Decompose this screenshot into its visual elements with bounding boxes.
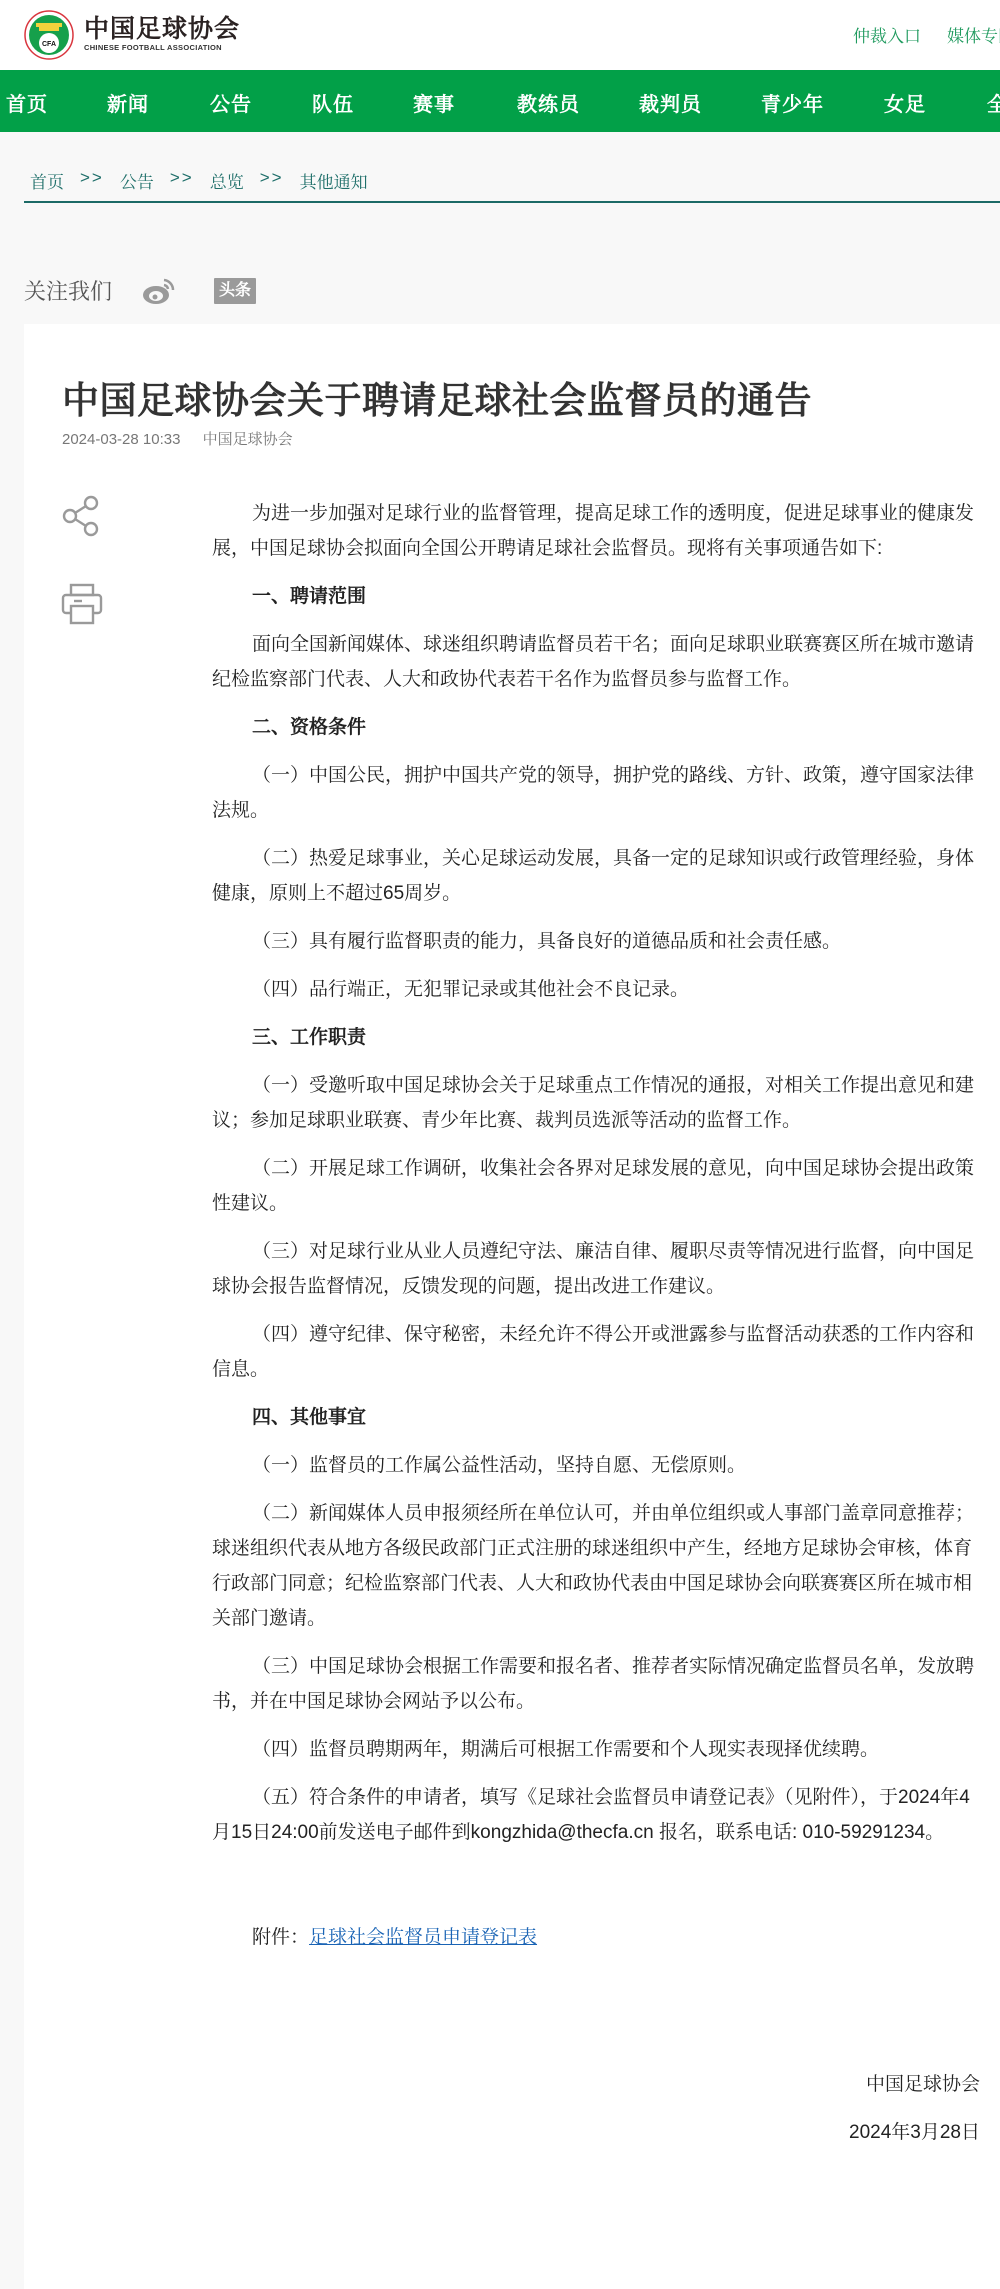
print-icon[interactable] [60, 582, 104, 626]
paragraph: （三）具有履行监督职责的能力，具备良好的道德品质和社会责任感。 [212, 924, 980, 959]
section-heading: 二、资格条件 [212, 710, 980, 745]
nav-item-competitions[interactable]: 赛事 [413, 88, 455, 117]
breadcrumb-separator: >> [170, 168, 194, 193]
attachment: 附件：足球社会监督员申请登记表 [212, 1920, 980, 1955]
paragraph: （二）热爱足球事业，关心足球运动发展，具备一定的足球知识或行政管理经验，身体健康… [212, 841, 980, 911]
svg-text:CFA: CFA [42, 41, 56, 48]
top-links: 仲裁入口 媒体专区 [853, 22, 1000, 47]
logo-chinese-name: 中国足球协会 [84, 15, 240, 43]
nav-item-more[interactable]: 全 [987, 88, 1000, 117]
paragraph: （一）监督员的工作属公益性活动，坚持自愿、无偿原则。 [212, 1448, 980, 1483]
breadcrumb-divider [24, 201, 1000, 203]
attachment-link[interactable]: 足球社会监督员申请登记表 [309, 1927, 537, 1948]
paragraph: （四）品行端正，无犯罪记录或其他社会不良记录。 [212, 972, 980, 1007]
paragraph: （四）遵守纪律、保守秘密，未经允许不得公开或泄露参与监督活动获悉的工作内容和信息… [212, 1317, 980, 1387]
nav-item-home[interactable]: 首页 [6, 88, 48, 117]
breadcrumb-overview[interactable]: 总览 [210, 168, 244, 193]
paragraph: （一）中国公民，拥护中国共产党的领导，拥护党的路线、方针、政策，遵守国家法律法规… [212, 758, 980, 828]
arbitration-link[interactable]: 仲裁入口 [853, 22, 921, 47]
attachment-label: 附件： [252, 1927, 309, 1948]
media-link[interactable]: 媒体专区 [947, 22, 1000, 47]
site-header: CFA 中国足球协会 CHINESE FOOTBALL ASSOCIATION … [0, 0, 1000, 70]
main-nav: 首页 新闻 公告 队伍 赛事 教练员 裁判员 青少年 女足 全 [0, 70, 1000, 132]
article-meta: 2024-03-28 10:33 中国足球协会 [62, 428, 293, 449]
breadcrumb-announcements[interactable]: 公告 [120, 168, 154, 193]
follow-us: 关注我们 头条 [24, 275, 256, 306]
nav-item-news[interactable]: 新闻 [107, 88, 149, 117]
paragraph: （五）符合条件的申请者，填写《足球社会监督员申请登记表》（见附件），于2024年… [212, 1780, 980, 1850]
nav-item-youth[interactable]: 青少年 [761, 88, 824, 117]
nav-item-referees[interactable]: 裁判员 [639, 88, 702, 117]
signature-date: 2024年3月28日 [212, 2115, 980, 2150]
nav-item-announcements[interactable]: 公告 [210, 88, 252, 117]
section-heading: 一、聘请范围 [212, 579, 980, 614]
section-heading: 四、其他事宜 [212, 1400, 980, 1435]
logo-english-name: CHINESE FOOTBALL ASSOCIATION [84, 43, 240, 53]
section-heading: 三、工作职责 [212, 1020, 980, 1055]
paragraph: （四）监督员聘期两年，期满后可根据工作需要和个人现实表现择优续聘。 [212, 1732, 980, 1767]
breadcrumb-separator: >> [80, 168, 104, 193]
nav-item-womens[interactable]: 女足 [884, 88, 926, 117]
article-source: 中国足球协会 [203, 431, 293, 448]
paragraph: （三）中国足球协会根据工作需要和报名者、推荐者实际情况确定监督员名单，发放聘书，… [212, 1649, 980, 1719]
breadcrumb-other-notices[interactable]: 其他通知 [300, 168, 368, 193]
nav-item-teams[interactable]: 队伍 [312, 88, 354, 117]
breadcrumb: 首页 >> 公告 >> 总览 >> 其他通知 [30, 168, 368, 193]
cfa-logo-icon[interactable]: CFA [24, 10, 74, 60]
breadcrumb-separator: >> [260, 168, 284, 193]
paragraph: （二）新闻媒体人员申报须经所在单位认可，并由单位组织或人事部门盖章同意推荐；球迷… [212, 1496, 980, 1636]
paragraph: （三）对足球行业从业人员遵纪守法、廉洁自律、履职尽责等情况进行监督，向中国足球协… [212, 1234, 980, 1304]
weibo-icon[interactable] [142, 276, 176, 306]
paragraph: 面向全国新闻媒体、球迷组织聘请监督员若干名；面向足球职业联赛赛区所在城市邀请纪检… [212, 627, 980, 697]
share-icon[interactable] [60, 494, 104, 538]
signature: 中国足球协会 [212, 2067, 980, 2102]
article-title: 中国足球协会关于聘请足球社会监督员的通告 [62, 370, 812, 424]
paragraph: （一）受邀听取中国足球协会关于足球重点工作情况的通报，对相关工作提出意见和建议；… [212, 1068, 980, 1138]
breadcrumb-home[interactable]: 首页 [30, 168, 64, 193]
article-body: 为进一步加强对足球行业的监督管理，提高足球工作的透明度，促进足球事业的健康发展，… [212, 496, 980, 2150]
article-date: 2024-03-28 10:33 [62, 431, 180, 448]
nav-item-coaches[interactable]: 教练员 [517, 88, 580, 117]
paragraph: （二）开展足球工作调研，收集社会各界对足球发展的意见，向中国足球协会提出政策性建… [212, 1151, 980, 1221]
toutiao-icon[interactable]: 头条 [214, 278, 256, 304]
follow-label: 关注我们 [24, 275, 112, 306]
logo-text[interactable]: 中国足球协会 CHINESE FOOTBALL ASSOCIATION [84, 15, 240, 53]
article-card: 中国足球协会关于聘请足球社会监督员的通告 2024-03-28 10:33 中国… [24, 324, 1000, 2289]
intro-paragraph: 为进一步加强对足球行业的监督管理，提高足球工作的透明度，促进足球事业的健康发展，… [212, 496, 980, 566]
